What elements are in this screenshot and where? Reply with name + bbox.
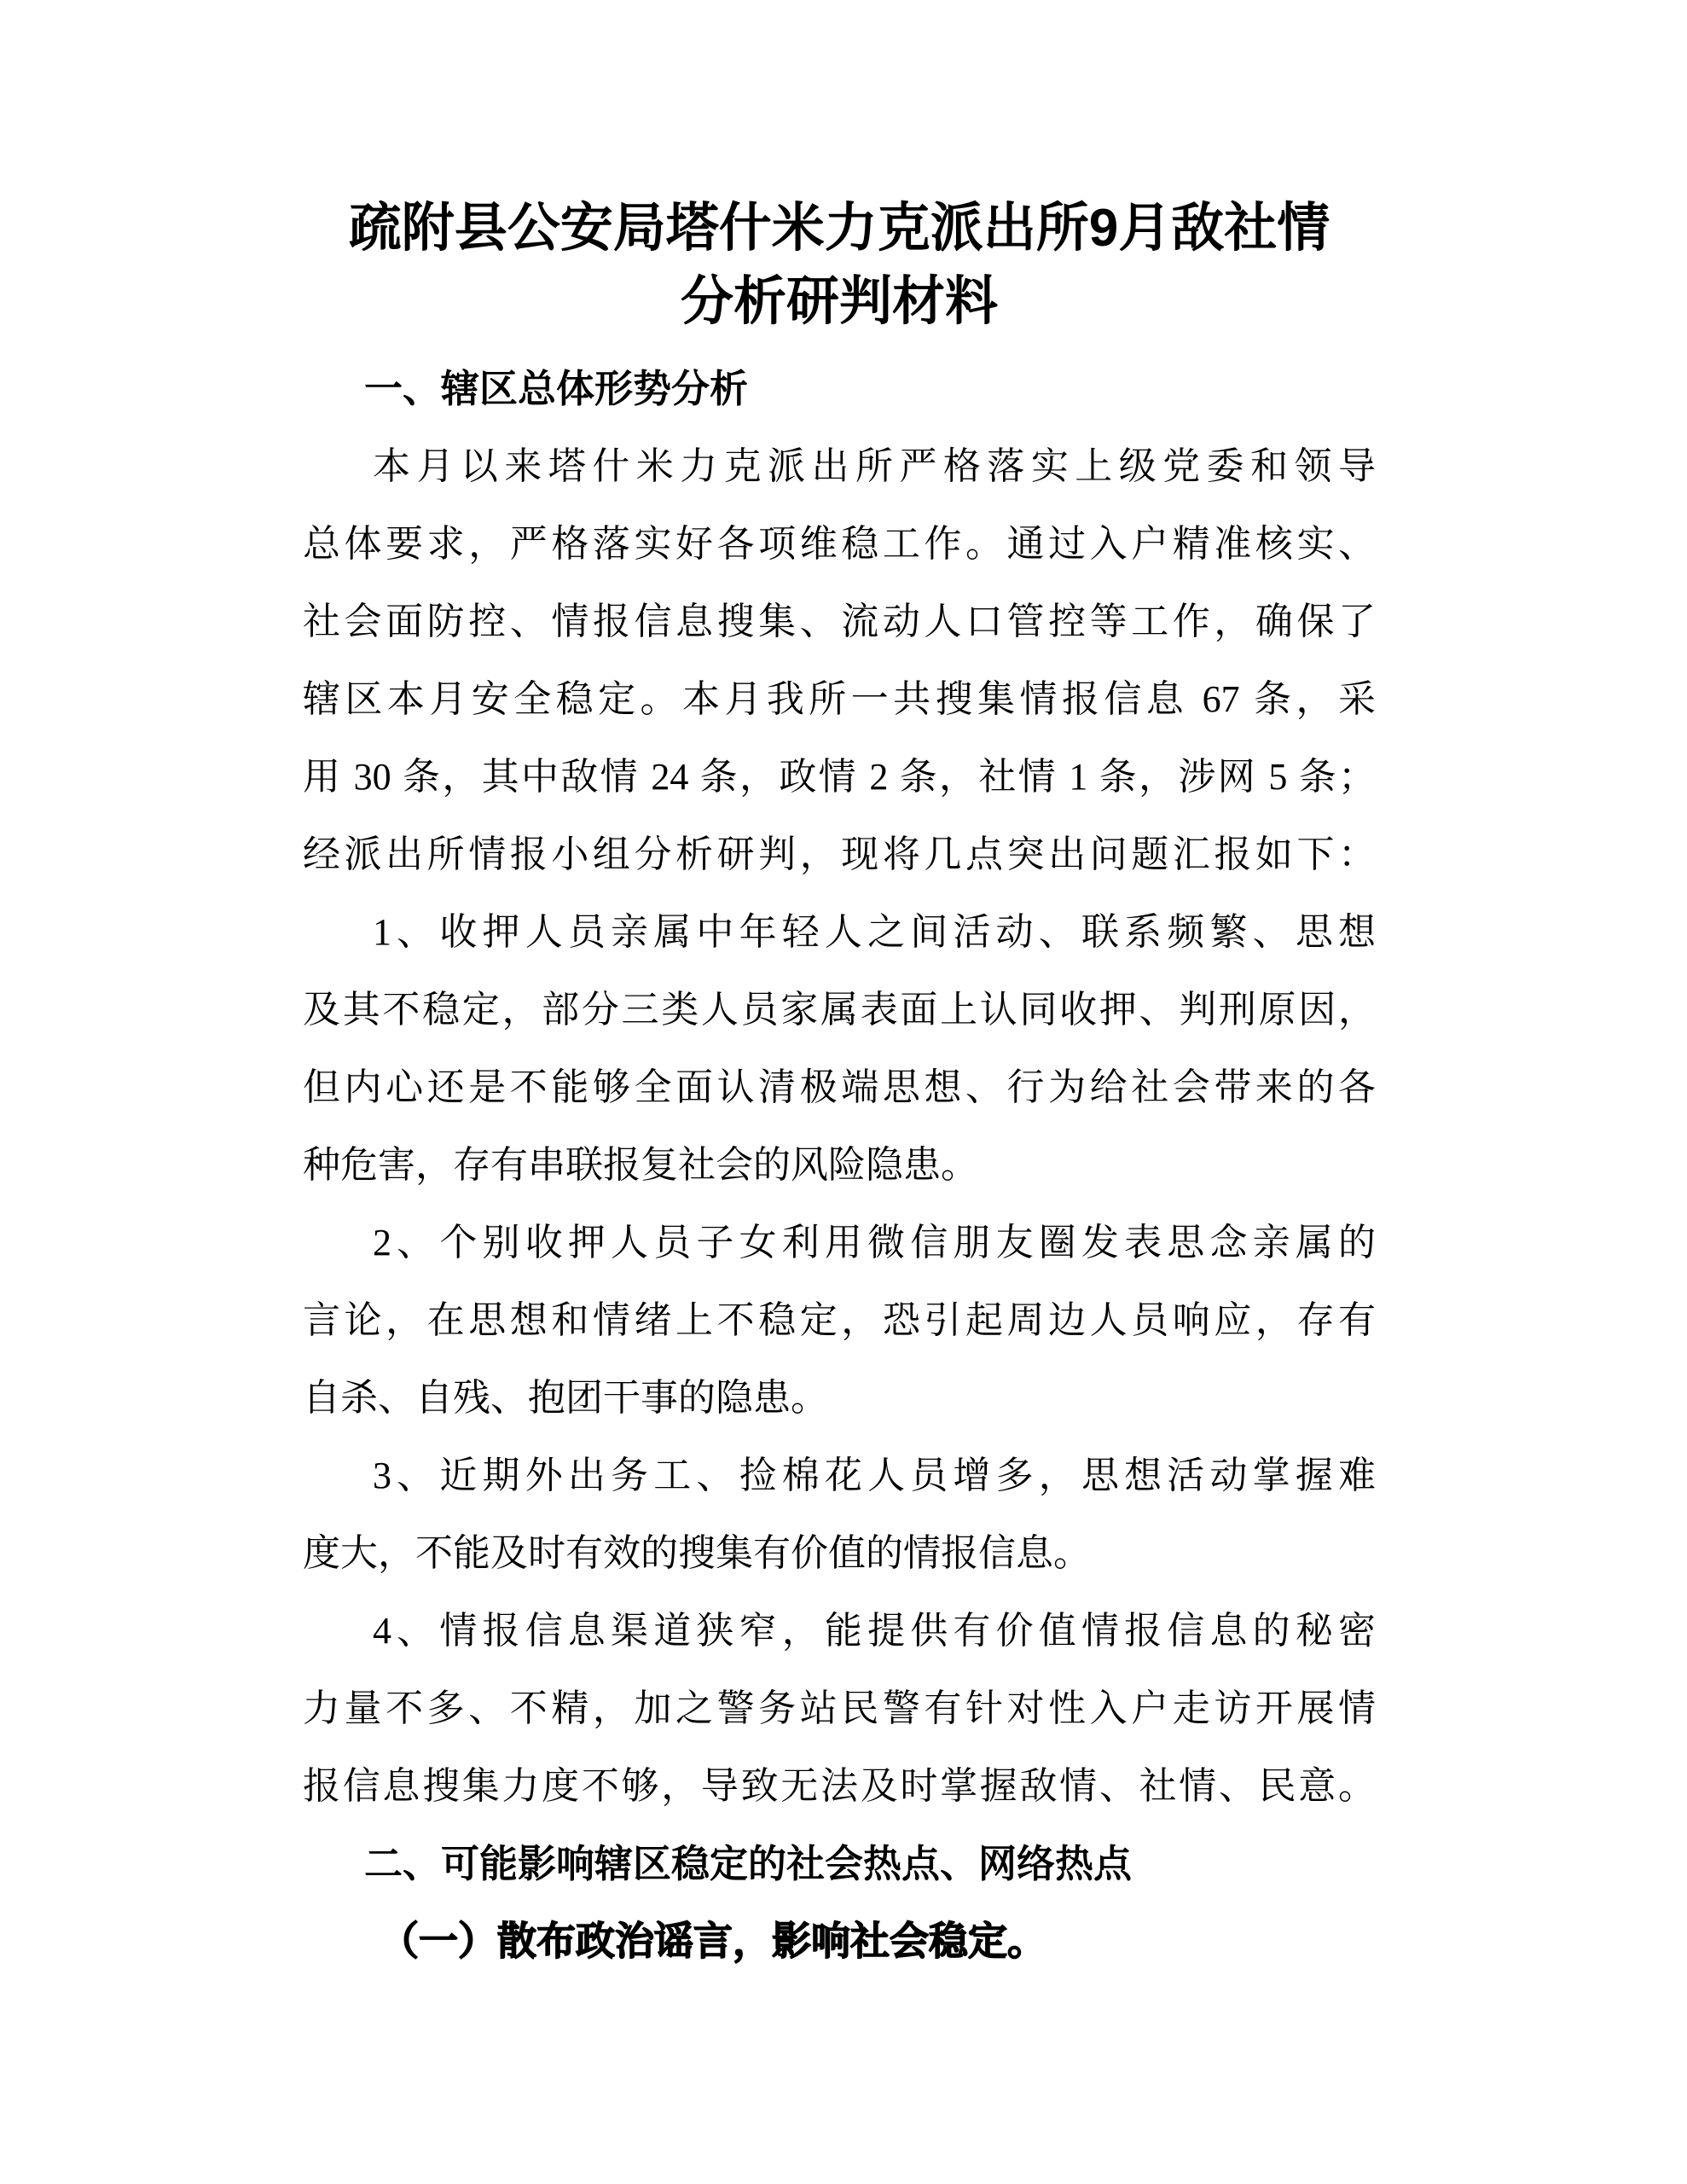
document-page: 疏附县公安局塔什米力克派出所9月敌社情分析研判材料 一、辖区总体形势分析本月以来… [0,0,1687,2184]
subheading-line: （一）散布政治谣言，影响社会稳定。 [303,1902,1376,1980]
text-line: 但内心还是不能够全面认清极端思想、行为给社会带来的各 [303,1048,1376,1126]
heading-line: 二、可能影响辖区稳定的社会热点、网络热点 [303,1825,1376,1902]
text-line: 言论，在思想和情绪上不稳定，恐引起周边人员响应，存有 [303,1281,1376,1359]
text-line: 社会面防控、情报信息搜集、流动人口管控等工作，确保了 [303,583,1376,660]
text-line: 经派出所情报小组分析研判，现将几点突出问题汇报如下： [303,816,1376,893]
text-line: 度大，不能及时有效的搜集有价值的情报信息。 [303,1514,1376,1592]
text-line: 辖区本月安全稳定。本月我所一共搜集情报信息 67 条，采 [303,660,1376,738]
text-line: 自杀、自残、抱团干事的隐患。 [303,1359,1376,1437]
document-lines: 一、辖区总体形势分析本月以来塔什米力克派出所严格落实上级党委和领导总体要求，严格… [303,350,1376,1980]
text-line: 用 30 条，其中敌情 24 条，政情 2 条，社情 1 条，涉网 5 条； [303,738,1376,816]
text-line: 报信息搜集力度不够，导致无法及时掌握敌情、社情、民意。 [303,1747,1376,1825]
text-line: 总体要求，严格落实好各项维稳工作。通过入户精准核实、 [303,505,1376,583]
text-line: 3、近期外出务工、捡棉花人员增多，思想活动掌握难 [303,1437,1376,1514]
text-line: 力量不多、不精，加之警务站民警有针对性入户走访开展情 [303,1670,1376,1747]
document-title: 疏附县公安局塔什米力克派出所9月敌社情分析研判材料 [303,192,1376,339]
text-line: 4、情报信息渠道狭窄，能提供有价值情报信息的秘密 [303,1592,1376,1670]
text-line: 1、收押人员亲属中年轻人之间活动、联系频繁、思想 [303,893,1376,971]
text-line: 本月以来塔什米力克派出所严格落实上级党委和领导 [303,427,1376,505]
text-line: 2、个别收押人员子女利用微信朋友圈发表思念亲属的 [303,1204,1376,1281]
title-line: 分析研判材料 [303,265,1376,339]
text-line: 及其不稳定，部分三类人员家属表面上认同收押、判刑原因， [303,971,1376,1048]
text-line: 种危害，存有串联报复社会的风险隐患。 [303,1126,1376,1204]
heading-line: 一、辖区总体形势分析 [303,350,1376,427]
title-line: 疏附县公安局塔什米力克派出所9月敌社情 [303,192,1376,265]
